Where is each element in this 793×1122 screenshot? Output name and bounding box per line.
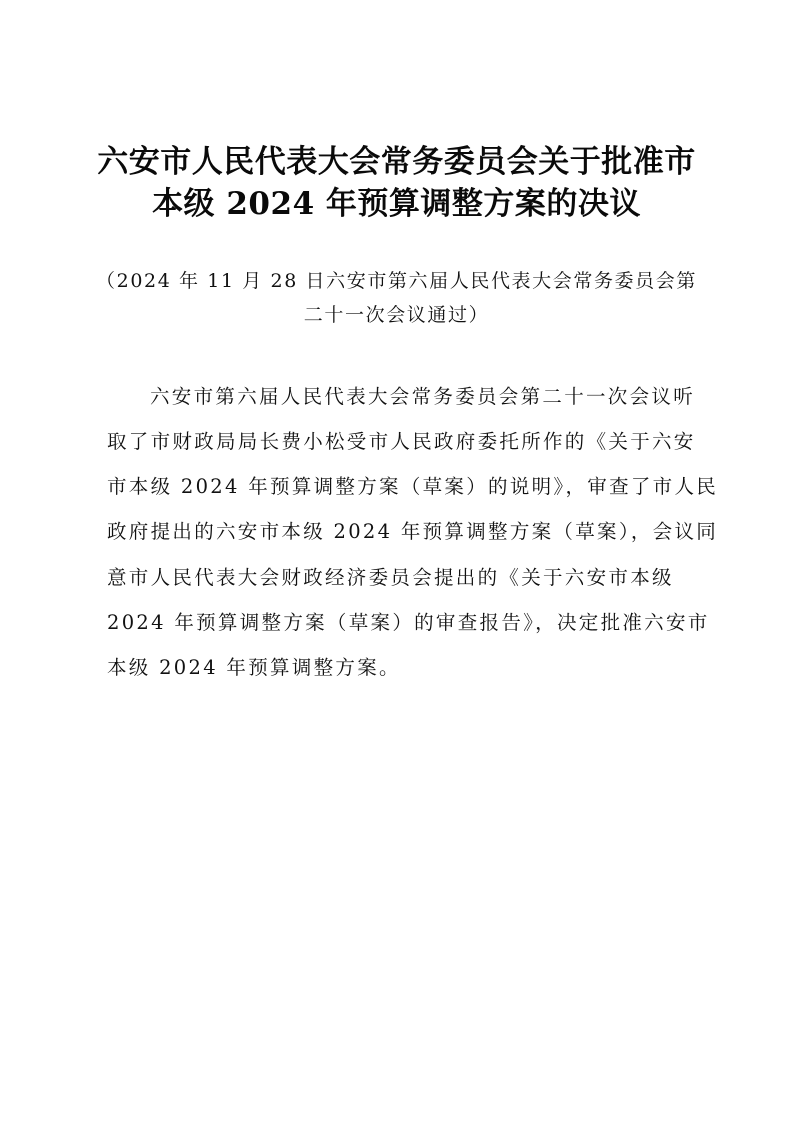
body-paragraph-line-2: 取了市财政局局长费小松受市人民政府委托所作的《关于六安 bbox=[107, 427, 697, 457]
document-page: 六安市人民代表大会常务委员会关于批准市 本级 2024 年预算调整方案的决议 （… bbox=[0, 0, 793, 1122]
body-paragraph-line-5: 意市人民代表大会财政经济委员会提出的《关于六安市本级 bbox=[107, 563, 697, 593]
body-paragraph-line-6: 2024 年预算调整方案（草案）的审查报告》，决定批准六安市 bbox=[107, 608, 697, 638]
document-title-line-2: 本级 2024 年预算调整方案的决议 bbox=[0, 182, 793, 226]
body-paragraph-line-7: 本级 2024 年预算调整方案。 bbox=[107, 653, 697, 683]
adoption-note-line-2: 二十一次会议通过） bbox=[0, 300, 793, 330]
body-paragraph-line-3: 市本级 2024 年预算调整方案（草案）的说明》，审查了市人民 bbox=[107, 472, 697, 502]
body-paragraph-line-1: 六安市第六届人民代表大会常务委员会第二十一次会议听 bbox=[150, 382, 697, 412]
body-paragraph-line-4: 政府提出的六安市本级 2024 年预算调整方案（草案），会议同 bbox=[107, 517, 697, 547]
adoption-note-line-1: （2024 年 11 月 28 日六安市第六届人民代表大会常务委员会第 bbox=[0, 266, 793, 296]
document-title-line-1: 六安市人民代表大会常务委员会关于批准市 bbox=[0, 140, 793, 184]
